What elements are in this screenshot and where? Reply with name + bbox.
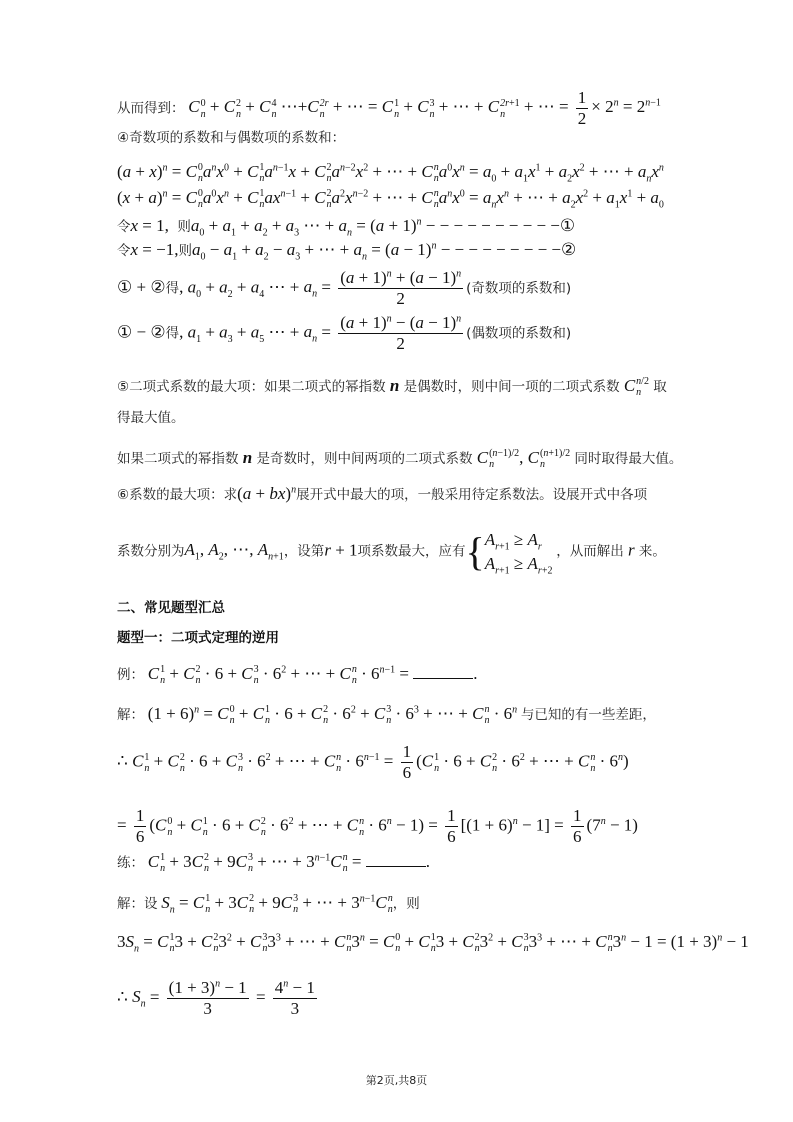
expansion-a-plus-x: (a + x)n = C0nanx0 + C1nan−1x + C2nan−2x… <box>117 162 664 184</box>
type-1-title-text: 题型一：二项式定理的逆用 <box>117 630 279 646</box>
item-5-part2: 是偶数时，则中间一项的二项式系数 <box>404 379 620 395</box>
item-6-part3: 系数分别为 <box>117 543 185 559</box>
solution-note: 与已知的有一些差距， <box>521 707 656 723</box>
conclusion-line: 从而得到： C0n + C2n + C4n ⋯+C2rn + ⋯ = C1n +… <box>117 88 661 129</box>
item-6-part4: ，设第 <box>284 543 325 559</box>
item-5-odd-case: 如果二项式的幂指数 n 是奇数时，则中间两项的二项式系数 C(n−1)/2n, … <box>117 448 682 470</box>
practice-solution-label: 解：设 <box>117 896 158 912</box>
odd-sum-label: (奇数项的系数和) <box>466 280 571 296</box>
item-4-text: ④奇数项的系数和与偶数项的系数和： <box>117 130 345 146</box>
practice-question: 练： C1n + 3C2n + 9C3n + ⋯ + 3n−1Cnn = . <box>117 852 430 874</box>
type-1-title: 题型一：二项式定理的逆用 <box>117 628 279 648</box>
odd-term-sum: ① + ②得, a0 + a2 + a4 ⋯ + an = (a + 1)n +… <box>117 268 571 309</box>
item-6-part1: ⑥系数的最大项：求 <box>117 487 237 503</box>
item-6-part6: ，从而解出 <box>556 543 624 559</box>
example-question: 例： C1n + C2n · 6 + C3n · 62 + ⋯ + Cnn · … <box>117 664 477 686</box>
example-solution-3: = 16(C0n + C1n · 6 + C2n · 62 + ⋯ + Cnn … <box>117 806 638 847</box>
practice-label: 练： <box>117 855 144 871</box>
binomial-even-odd-identity: C0n + C2n + C4n ⋯+C2rn + ⋯ = C1n + C3n +… <box>188 97 661 116</box>
item-5-part4: 得最大值。 <box>117 410 185 426</box>
item-5-part3: 取 <box>653 379 667 395</box>
inequality-system: Ar+1 ≥ ArAr+1 ≥ Ar+2 <box>485 528 553 576</box>
page-footer: 第2页,共8页 <box>0 1072 793 1088</box>
item-6-part5: 项系数最大，应有 <box>358 543 466 559</box>
practice-solution-3: ∴ Sn = (1 + 3)n − 13 = 4n − 13 <box>117 978 320 1019</box>
item-5-text: ⑤二项式系数的最大项：如果二项式的幂指数 n 是偶数时，则中间一项的二项式系数 … <box>117 376 667 398</box>
even-sum-label: (偶数项的系数和) <box>466 325 571 341</box>
item-6-part2: 展开式中最大的项，一般采用待定系数法。设展开式中各项 <box>296 487 647 503</box>
section-2-title-text: 二、常见题型汇总 <box>117 600 225 616</box>
section-2-title: 二、常见题型汇总 <box>117 598 225 618</box>
conclusion-label: 从而得到： <box>117 100 185 116</box>
item-6-cont: 系数分别为A1, A2, ⋯, An+1，设第r + 1项系数最大，应有{Ar+… <box>117 528 666 576</box>
even-term-sum: ① − ②得, a1 + a3 + a5 ⋯ + an = (a + 1)n −… <box>117 313 571 354</box>
expansion-x-plus-a: (x + a)n = C0na0xn + C1naxn−1 + C2na2xn−… <box>117 188 664 210</box>
example-solution-2: ∴ C1n + C2n · 6 + C3n · 62 + ⋯ + Cnn · 6… <box>117 742 629 783</box>
item-5-cont: 得最大值。 <box>117 408 185 428</box>
substitute-x-neg1: 令x = −1,则a0 − a1 + a2 − a3 + ⋯ + an = (a… <box>117 240 576 261</box>
example-solution-1: 解： (1 + 6)n = C0n + C1n · 6 + C2n · 62 +… <box>117 704 656 726</box>
odd-case-part2: 是奇数时，则中间两项的二项式系数 <box>256 451 472 467</box>
practice-answer-blank <box>366 852 426 867</box>
item-6-text: ⑥系数的最大项：求(a + bx)n展开式中最大的项，一般采用待定系数法。设展开… <box>117 484 647 505</box>
substitute-x-1: 令x = 1, 则a0 + a1 + a2 + a3 ⋯ + an = (a +… <box>117 216 575 237</box>
solution-label: 解： <box>117 707 144 723</box>
item-4-heading: ④奇数项的系数和与偶数项的系数和： <box>117 128 345 148</box>
odd-case-part3: 同时取得最大值。 <box>574 451 682 467</box>
practice-solution-note: ，则 <box>393 896 420 912</box>
example-label: 例： <box>117 667 144 683</box>
item-5-part1: ⑤二项式系数的最大项：如果二项式的幂指数 <box>117 379 386 395</box>
item-6-part7: 来。 <box>639 543 666 559</box>
answer-blank <box>413 664 473 679</box>
odd-case-part1: 如果二项式的幂指数 <box>117 451 239 467</box>
practice-solution-2: 3Sn = C1n3 + C2n32 + C3n33 + ⋯ + Cnn3n =… <box>117 932 749 954</box>
practice-solution-1: 解：设 Sn = C1n + 3C2n + 9C3n + ⋯ + 3n−1Cnn… <box>117 893 420 915</box>
